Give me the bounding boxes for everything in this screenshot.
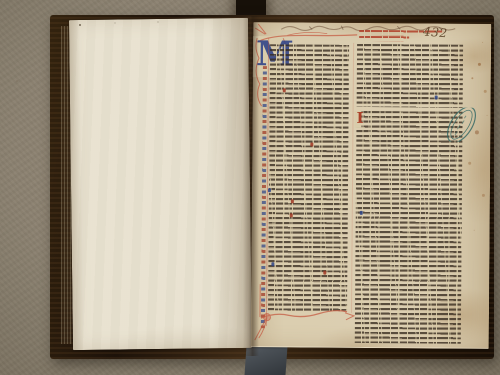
red-paragraph-mark [290, 213, 293, 217]
left-blank-page [69, 18, 252, 350]
red-paragraph-mark [283, 88, 286, 92]
gutter-shadow [243, 16, 259, 356]
blue-paragraph-mark [435, 95, 438, 99]
red-paragraph-mark [310, 143, 313, 147]
library-stamp [437, 108, 485, 142]
blue-paragraph-mark [271, 262, 274, 266]
blue-paragraph-mark [268, 188, 271, 192]
ink-specks [79, 24, 81, 26]
manuscript-photo: 432 M I [0, 0, 500, 375]
text-column-right-upper [357, 44, 463, 108]
text-column-left [268, 44, 349, 313]
red-paragraph-mark [291, 199, 294, 203]
blue-paragraph-mark [360, 211, 363, 215]
foxing-stains [478, 63, 481, 66]
red-paragraph-mark [323, 271, 326, 275]
red-penwork-flourish-bottom [251, 280, 371, 345]
rubricated-initial-i: I [356, 111, 363, 126]
right-text-page: 432 M I [251, 22, 492, 349]
